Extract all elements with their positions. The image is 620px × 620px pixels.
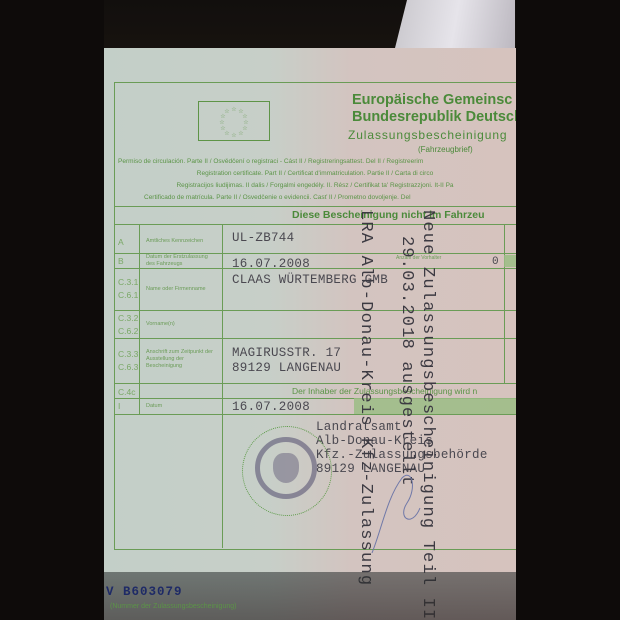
header-title-eu: Europäische Gemeinsc <box>352 92 512 108</box>
serial-number: V B603079 <box>106 585 183 599</box>
field-code-c33: C.3.3C.6.3 <box>118 348 138 374</box>
multilingual-title-4: Certificado de matrícula. Parte II / Osv… <box>144 194 516 201</box>
photo-border-right <box>516 0 620 620</box>
vertical-stamp-date: 29.03.2018 ausgestellt <box>397 236 416 487</box>
field-code-c4c: C.4c <box>118 386 135 399</box>
signature <box>362 468 422 558</box>
divider <box>114 206 516 207</box>
svg-text:☆: ☆ <box>242 113 247 120</box>
svg-text:☆: ☆ <box>219 119 224 126</box>
field-code-b: B <box>118 255 124 268</box>
divider <box>114 383 516 384</box>
divider <box>114 414 516 415</box>
divider <box>114 268 516 269</box>
divider <box>504 224 505 384</box>
field-label-address: Anschrift zum Zeitpunkt der Ausstellung … <box>146 349 218 370</box>
field-code-c31: C.3.1C.6.1 <box>118 276 138 302</box>
divider <box>222 224 223 548</box>
svg-text:☆: ☆ <box>224 108 229 115</box>
eagle-emblem-icon <box>273 453 299 483</box>
field-label-name: Name oder Firmenname <box>146 286 218 293</box>
holder-note: Der Inhaber der Zulassungsbescheinigung … <box>292 386 477 396</box>
issue-date-value: 16.07.2008 <box>232 400 310 414</box>
field-code-a: A <box>118 236 124 249</box>
field-label-firstname: Vorname(n) <box>146 321 218 328</box>
license-plate-value: UL-ZB744 <box>232 231 294 245</box>
divider <box>114 224 516 225</box>
multilingual-title-3: Registracijos liudijimas. II dalis / For… <box>114 182 516 189</box>
field-code-i: I <box>118 400 120 413</box>
serial-number-label: (Nummer der Zulassungsbescheinigung) <box>110 603 236 610</box>
svg-text:☆: ☆ <box>243 119 248 126</box>
address-line-2: 89129 LANGENAU <box>232 361 341 375</box>
svg-text:☆: ☆ <box>231 106 236 113</box>
address-line-1: MAGIRUSSTR. 17 <box>232 346 341 360</box>
official-seal <box>242 426 332 516</box>
header-title-country: Bundesrepublik Deutsch <box>352 109 516 125</box>
green-marker <box>504 255 516 267</box>
header-subtitle: (Fahrzeugbrief) <box>418 145 473 154</box>
header-document-name: Zulassungsbescheinigung <box>348 128 507 142</box>
photo-border-left <box>0 0 104 620</box>
field-label-a: Amtliches Kennzeichen <box>146 238 218 245</box>
multilingual-title-2: Registration certificate. Part II / Cert… <box>114 170 516 177</box>
registration-document: ☆ ☆ ☆ ☆ ☆ ☆ ☆ ☆ ☆ ☆ ☆ ☆ Europäische Geme… <box>104 48 516 620</box>
first-registration-value: 16.07.2008 <box>232 257 310 271</box>
notice-text: Diese Bescheinigung nicht im Fahrzeu <box>292 209 485 221</box>
svg-text:☆: ☆ <box>231 132 236 139</box>
previous-owners-value: 0 <box>492 256 499 268</box>
eu-flag-icon: ☆ ☆ ☆ ☆ ☆ ☆ ☆ ☆ ☆ ☆ ☆ ☆ <box>198 101 270 141</box>
field-code-c32: C.3.2C.6.2 <box>118 312 138 338</box>
background-paper <box>395 0 515 48</box>
vertical-stamp-new-certificate: Neue Zulassungsbescheinigung Teil II <box>418 210 437 620</box>
multilingual-title-1: Permiso de circulación. Parte II / Osvěd… <box>118 158 516 165</box>
field-label-date: Datum <box>146 403 218 410</box>
field-label-b: Datum der Erstzulassung des Fahrzeugs <box>146 254 218 268</box>
divider <box>114 338 516 339</box>
svg-text:☆: ☆ <box>220 125 225 132</box>
svg-text:☆: ☆ <box>238 130 243 137</box>
divider <box>114 310 516 311</box>
